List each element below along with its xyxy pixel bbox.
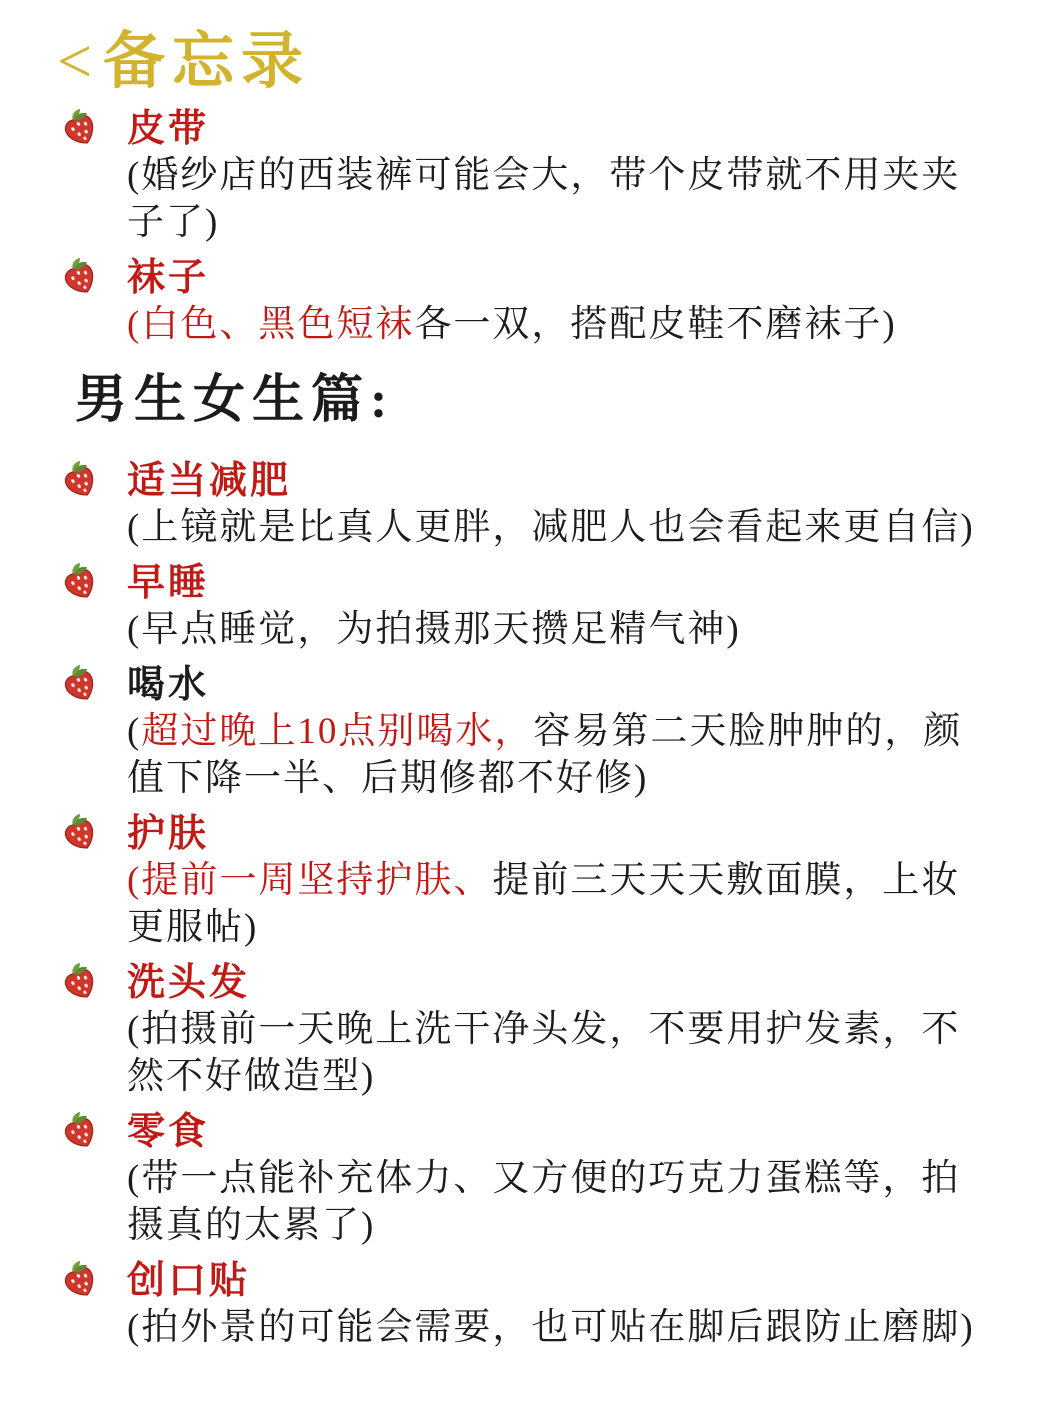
item-title: 洗头发	[127, 960, 1027, 1006]
item-title: 护肤	[127, 811, 1027, 857]
strawberry-icon	[59, 562, 101, 604]
memo-item: 护肤(提前一周坚持护肤、提前三天天天敷面膜，上妆更服帖)	[57, 811, 1027, 951]
strawberry-icon	[59, 257, 101, 299]
strawberry-icon	[59, 1111, 101, 1153]
body-segment: 各一双，搭配皮鞋不磨袜子)	[414, 304, 896, 345]
item-title: 喝水	[127, 662, 1027, 708]
memo-item: 零食(带一点能补充体力、又方便的巧克力蛋糕等，拍摄真的太累了)	[57, 1109, 1027, 1249]
body-segment: (上镜就是比真人更胖，减肥人也会看起来更自信)	[127, 507, 975, 548]
memo-item: 洗头发(拍摄前一天晚上洗干净头发，不要用护发素，不然不好做造型)	[57, 960, 1027, 1100]
strawberry-icon	[59, 962, 101, 1004]
strawberry-icon	[59, 813, 101, 855]
body-segment: (拍外景的可能会需要，也可贴在脚后跟防止磨脚)	[127, 1307, 975, 1348]
memo-item: 早睡(早点睡觉，为拍摄那天攒足精气神)	[57, 560, 1027, 653]
strawberry-icon	[59, 460, 101, 502]
strawberry-icon	[59, 1260, 101, 1302]
item-body: (提前一周坚持护肤、提前三天天天敷面膜，上妆更服帖)	[127, 857, 997, 951]
body-segment: (带一点能补充体力、又方便的巧克力蛋糕等，拍摄真的太累了)	[127, 1158, 960, 1246]
memo-page: <备忘录 皮带(婚纱店的西装裤可能会大，带个皮带就不用夹夹子了)袜子(白色、黑色…	[0, 0, 1057, 1411]
page-title: <备忘录	[57, 18, 1027, 106]
item-body: (超过晚上10点别喝水，容易第二天脸肿肿的，颜值下降一半、后期修都不好修)	[127, 708, 997, 802]
item-body: (上镜就是比真人更胖，减肥人也会看起来更自信)	[127, 504, 997, 551]
memo-list: 皮带(婚纱店的西装裤可能会大，带个皮带就不用夹夹子了)袜子(白色、黑色短袜各一双…	[57, 106, 1027, 1351]
item-body: (白色、黑色短袜各一双，搭配皮鞋不磨袜子)	[127, 301, 997, 348]
body-segment: (白色、黑色短袜	[127, 304, 414, 345]
section-header: 男生女生篇:	[75, 370, 1027, 432]
memo-item: 适当减肥(上镜就是比真人更胖，减肥人也会看起来更自信)	[57, 458, 1027, 551]
item-body: (拍摄前一天晚上洗干净头发，不要用护发素，不然不好做造型)	[127, 1006, 997, 1100]
back-chevron-icon[interactable]: <	[57, 28, 99, 96]
item-title: 适当减肥	[127, 458, 1027, 504]
body-segment: 超过晚上10点别喝水，	[141, 711, 533, 752]
body-segment: (拍摄前一天晚上洗干净头发，不要用护发素，不然不好做造型)	[127, 1009, 960, 1097]
item-body: (早点睡觉，为拍摄那天攒足精气神)	[127, 606, 997, 653]
item-title: 早睡	[127, 560, 1027, 606]
item-title: 零食	[127, 1109, 1027, 1155]
memo-item: 创口贴(拍外景的可能会需要，也可贴在脚后跟防止磨脚)	[57, 1258, 1027, 1351]
memo-item: 袜子(白色、黑色短袜各一双，搭配皮鞋不磨袜子)	[57, 255, 1027, 348]
memo-item: 皮带(婚纱店的西装裤可能会大，带个皮带就不用夹夹子了)	[57, 106, 1027, 246]
item-body: (带一点能补充体力、又方便的巧克力蛋糕等，拍摄真的太累了)	[127, 1155, 997, 1249]
item-title: 皮带	[127, 106, 1027, 152]
page-title-text: 备忘录	[103, 28, 310, 96]
item-body: (婚纱店的西装裤可能会大，带个皮带就不用夹夹子了)	[127, 152, 997, 246]
body-segment: (提前一周坚持护肤、	[127, 860, 492, 901]
body-segment: (早点睡觉，为拍摄那天攒足精气神)	[127, 609, 741, 650]
body-segment: (婚纱店的西装裤可能会大，带个皮带就不用夹夹子了)	[127, 155, 960, 243]
body-segment: (	[127, 711, 141, 752]
strawberry-icon	[59, 108, 101, 150]
item-title: 袜子	[127, 255, 1027, 301]
item-body: (拍外景的可能会需要，也可贴在脚后跟防止磨脚)	[127, 1304, 997, 1351]
memo-item: 喝水(超过晚上10点别喝水，容易第二天脸肿肿的，颜值下降一半、后期修都不好修)	[57, 662, 1027, 802]
item-title: 创口贴	[127, 1258, 1027, 1304]
strawberry-icon	[59, 664, 101, 706]
